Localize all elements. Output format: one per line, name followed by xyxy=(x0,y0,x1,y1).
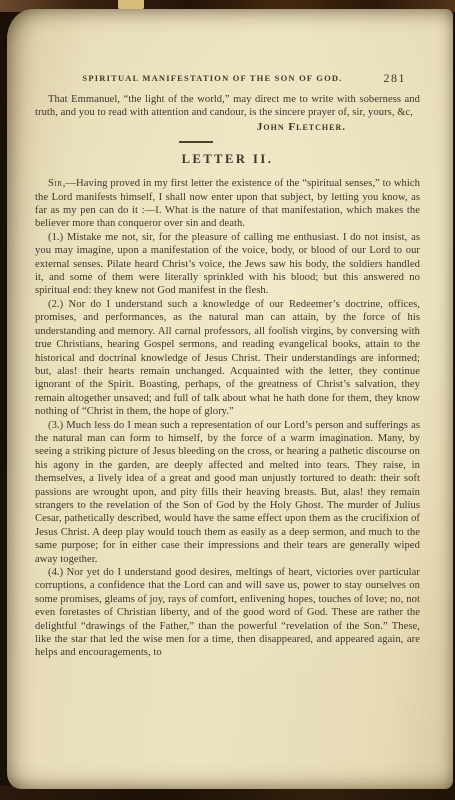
letter-paragraph-3: (3.) Much less do I mean such a represen… xyxy=(35,419,420,566)
letter-heading: LETTER II. xyxy=(35,153,420,166)
letter-paragraph-1: (1.) Mistake me not, sir, for the pleasu… xyxy=(35,231,420,298)
signature: John Fletcher. xyxy=(35,120,420,134)
body-text: That Emmanuel, “the light of the world,”… xyxy=(35,93,420,660)
salutation: Sir xyxy=(48,178,63,189)
scanned-book-photo: SPIRITUAL MANIFESTATION OF THE SON OF GO… xyxy=(0,0,455,800)
section-divider xyxy=(179,141,213,143)
letter-paragraph-2: (2.) Nor do I understand such a knowledg… xyxy=(35,298,420,419)
running-header-title: SPIRITUAL MANIFESTATION OF THE SON OF GO… xyxy=(35,73,420,83)
book-page: SPIRITUAL MANIFESTATION OF THE SON OF GO… xyxy=(7,9,453,789)
letter-paragraph-4: (4.) Nor yet do I understand good desire… xyxy=(35,566,420,660)
running-header: SPIRITUAL MANIFESTATION OF THE SON OF GO… xyxy=(35,73,420,86)
page-number: 281 xyxy=(384,71,407,86)
page-content: SPIRITUAL MANIFESTATION OF THE SON OF GO… xyxy=(7,9,453,660)
opening-paragraph-text: ,—Having proved in my first letter the e… xyxy=(35,178,420,229)
letter-opening-paragraph: Sir,—Having proved in my first letter th… xyxy=(35,177,420,231)
letter-one-closing-paragraph: That Emmanuel, “the light of the world,”… xyxy=(35,93,420,120)
